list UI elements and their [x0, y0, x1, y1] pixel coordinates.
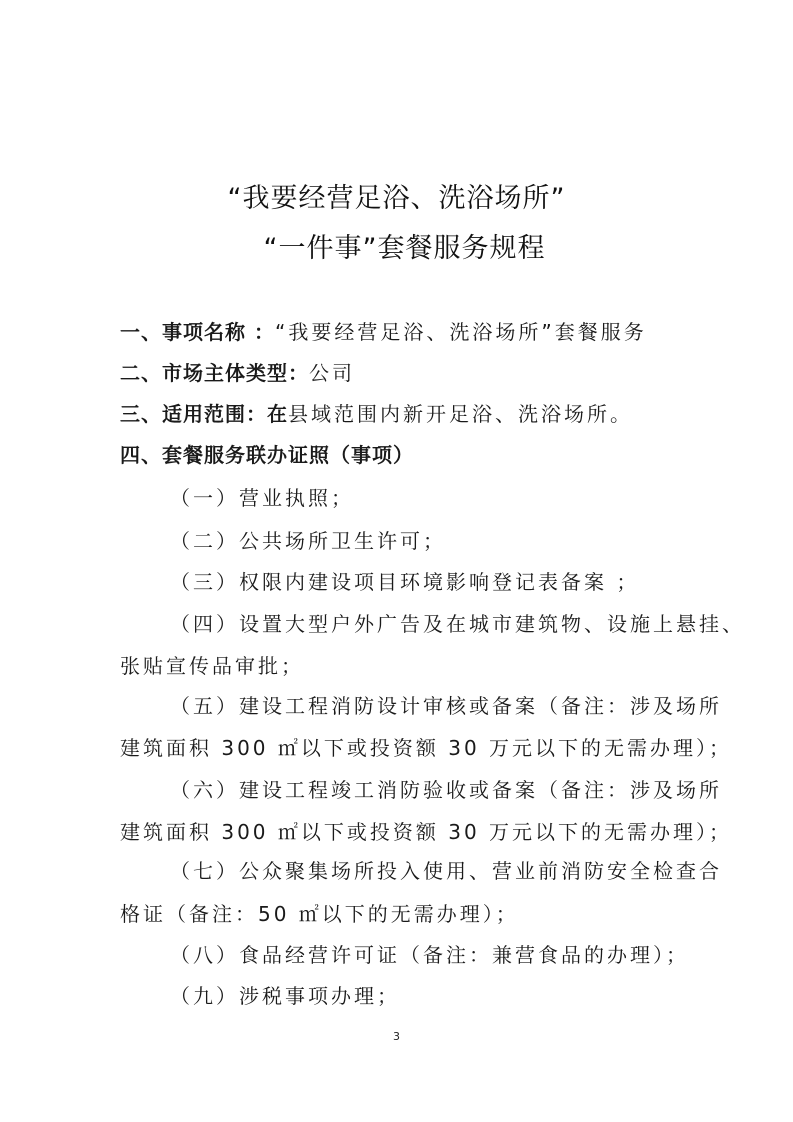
list-item: （六）建设工程竣工消防验收或备案（备注：涉及场所 [170, 774, 722, 803]
page-number: 3 [0, 1030, 793, 1043]
list-item: （三）权限内建设项目环境影响登记表备案 ； [170, 566, 639, 595]
section-label: 二、市场主体类型： [120, 361, 309, 385]
list-item: （二）公共场所卫生许可； [170, 525, 446, 554]
list-item: （四）设置大型户外广告及在城市建筑物、设施上悬挂、 [170, 608, 745, 637]
section-value: 公司 [309, 361, 355, 385]
section-licenses: 四、套餐服务联办证照（事项） [120, 439, 414, 468]
section-label: 一、事项名称 ： [120, 320, 275, 344]
list-item: （一）营业执照； [170, 482, 354, 511]
section-label: 三、适用范围：在 [120, 402, 288, 426]
section-label: 四、套餐服务联办证照（事项） [120, 443, 414, 467]
list-item-continuation: 格证（备注：50 ㎡以下的无需办理）； [120, 898, 519, 927]
list-item-continuation: 建筑面积 300 ㎡以下或投资额 30 万元以下的无需办理）； [120, 816, 732, 845]
list-item: （五）建设工程消防设计审核或备案（备注：涉及场所 [170, 690, 722, 719]
list-item-continuation: 张贴宣传品审批； [120, 650, 304, 679]
section-entity-type: 二、市场主体类型：公司 [120, 357, 355, 386]
list-item: （八）食品经营许可证（备注：兼营食品的办理）； [170, 939, 689, 968]
section-value: 县域范围内新开足浴、洗浴场所。 [288, 402, 633, 426]
document-title-line-1: “我要经营足浴、洗浴场所” [0, 176, 793, 215]
list-item-continuation: 建筑面积 300 ㎡以下或投资额 30 万元以下的无需办理）； [120, 732, 732, 761]
section-item-name: 一、事项名称 ：“我要经营足浴、洗浴场所”套餐服务 [120, 316, 647, 345]
list-item: （九）涉税事项办理； [170, 980, 400, 1009]
list-item: （七）公众聚集场所投入使用、营业前消防安全检查合 [170, 855, 722, 884]
section-scope: 三、适用范围：在县域范围内新开足浴、洗浴场所。 [120, 398, 633, 427]
document-title-line-2: “一件事”套餐服务规程 [8, 226, 793, 265]
section-value: “我要经营足浴、洗浴场所”套餐服务 [275, 320, 647, 344]
